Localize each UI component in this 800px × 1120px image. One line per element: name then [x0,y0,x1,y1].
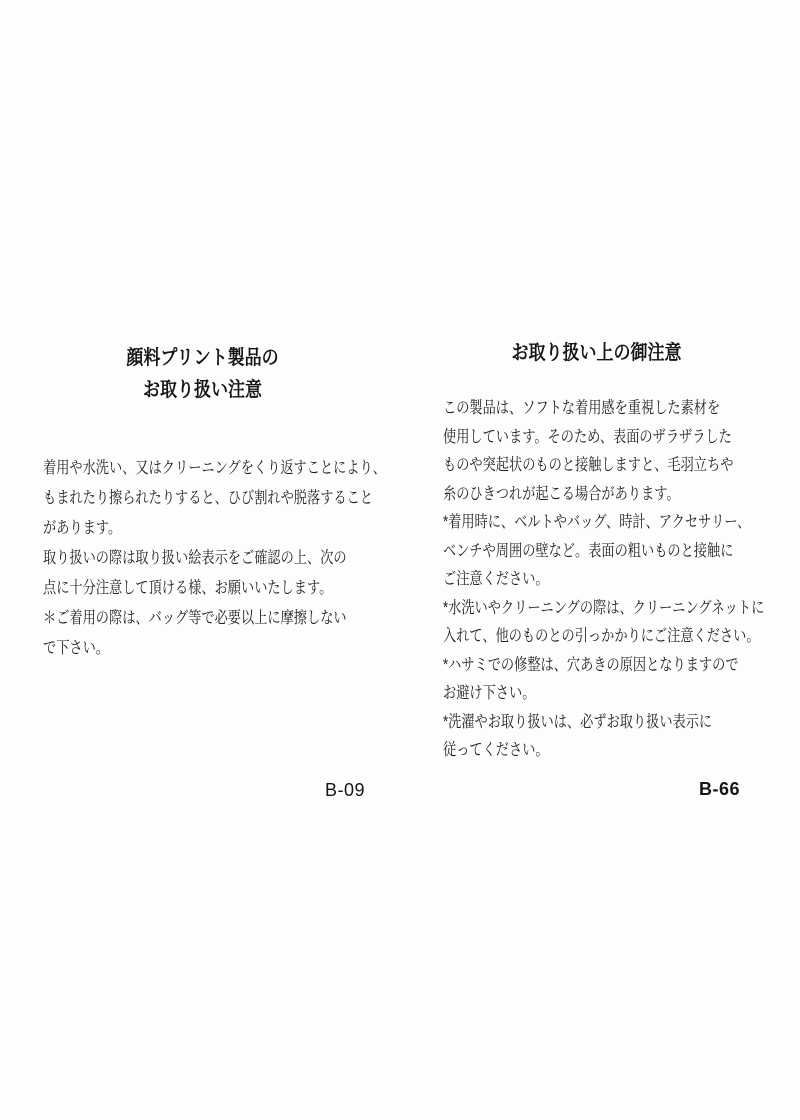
left-label-code: B-09 [40,780,365,801]
right-label-body: この製品は、ソフトな着用感を重視した素材を 使用しています。そのため、表面のザラ… [443,394,755,765]
left-label-body: 着用や水洗い、又はクリーニングをくり返すことにより、 もまれたり擦られたりすると… [43,453,387,663]
right-label-code: B-66 [443,779,740,800]
left-label-title: 顔料プリント製品の お取り扱い注意 [60,342,345,406]
care-label-scan-page: 顔料プリント製品の お取り扱い注意 着用や水洗い、又はクリーニングをくり返すこと… [0,0,800,1120]
right-label-title: お取り扱い上の御注意 [466,337,727,369]
